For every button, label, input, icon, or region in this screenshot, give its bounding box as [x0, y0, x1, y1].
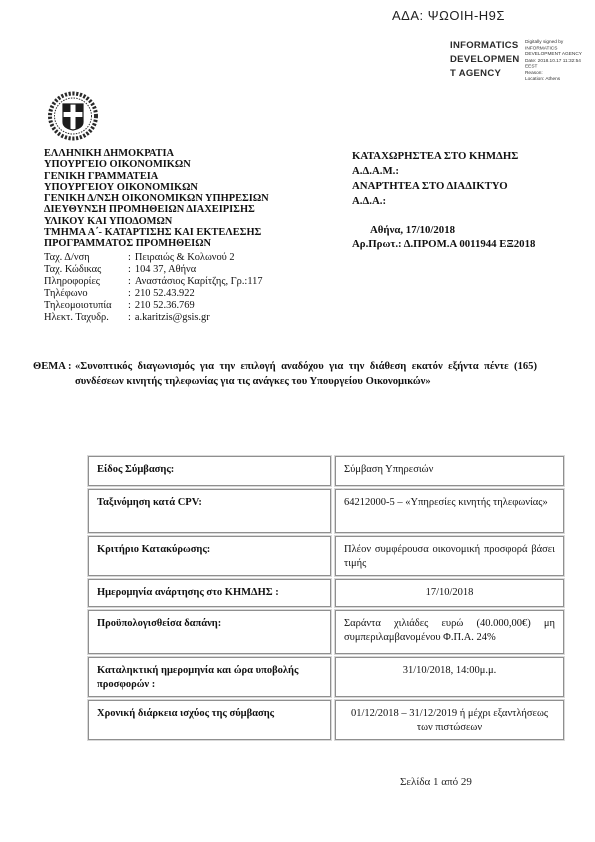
contact-separator: :: [128, 276, 131, 288]
contact-row: Πληροφορίες : Αναστάσιος Καρίτζης, Γρ.:1…: [44, 276, 344, 288]
org-line: ΥΠΟΥΡΓΕΙΟ ΟΙΚΟΝΟΜΙΚΩΝ: [44, 159, 344, 170]
signature-details: Digitally signed by INFORMATICS DEVELOPM…: [525, 39, 580, 82]
document-page: ΑΔΑ: ΨΩΟΙΗ-Η9Σ INFORMATICS DEVELOPMEN T …: [0, 0, 595, 842]
table-row: Χρονική διάρκεια ισχύος της σύμβασης 01/…: [88, 700, 564, 740]
contact-row: Τηλέφωνο : 210 52.43.922: [44, 288, 344, 300]
ada-number: ΑΔΑ: ΨΩΟΙΗ-Η9Σ: [392, 8, 505, 23]
contact-separator: :: [128, 252, 131, 264]
contact-row: Ηλεκτ. Ταχυδρ. : a.karitzis@gsis.gr: [44, 312, 344, 324]
row-label: Χρονική διάρκεια ισχύος της σύμβασης: [88, 700, 331, 740]
contact-row: Ταχ. Δ/νση : Πειραιώς & Κολωνού 2: [44, 252, 344, 264]
row-value: 31/10/2018, 14:00μ.μ.: [335, 657, 564, 697]
table-row: Είδος Σύμβασης: Σύμβαση Υπηρεσιών: [88, 456, 564, 486]
subject-block: ΘΕΜΑ : «Συνοπτικός διαγωνισμός για την ε…: [33, 360, 553, 389]
contact-separator: :: [128, 288, 131, 300]
row-value: Πλέον συμφέρουσα οικονομική προσφορά βάσ…: [335, 536, 564, 576]
row-value: 64212000-5 – «Υπηρεσίες κινητής τηλεφωνί…: [335, 489, 564, 533]
contact-list: Ταχ. Δ/νση : Πειραιώς & Κολωνού 2 Ταχ. Κ…: [44, 252, 344, 325]
org-line: ΓΕΝΙΚΗ Δ/ΝΣΗ ΟΙΚΟΝΟΜΙΚΩΝ ΥΠΗΡΕΣΙΩΝ: [44, 193, 344, 204]
signature-stamp: INFORMATICS DEVELOPMEN T AGENCY Digitall…: [450, 39, 583, 85]
protocol-number: Αρ.Πρωτ.: Δ.ΠΡΟΜ.Α 0011944 ΕΞ2018: [352, 238, 535, 250]
row-label: Ταξινόμηση κατά CPV:: [88, 489, 331, 533]
ada-label: Α.Δ.Α.:: [352, 194, 582, 209]
row-label: Καταληκτική ημερομηνία και ώρα υποβολής …: [88, 657, 331, 697]
contact-label: Τηλεομοιοτυπία: [44, 300, 128, 312]
row-value: Σύμβαση Υπηρεσιών: [335, 456, 564, 486]
diavgeia-label: ΑΝΑΡΤΗΤΕΑ ΣΤΟ ΔΙΑΔΙΚΤΥΟ: [352, 179, 582, 194]
subject-label: ΘΕΜΑ :: [33, 360, 75, 389]
row-label: Κριτήριο Κατακύρωσης:: [88, 536, 331, 576]
row-value: 17/10/2018: [335, 579, 564, 607]
subject-text: «Συνοπτικός διαγωνισμός για την επιλογή …: [75, 360, 537, 389]
table-row: Καταληκτική ημερομηνία και ώρα υποβολής …: [88, 657, 564, 697]
contact-value: 104 37, Αθήνα: [135, 264, 196, 276]
table-row: Προϋπολογισθείσα δαπάνη: Σαράντα χιλιάδε…: [88, 610, 564, 654]
contact-separator: :: [128, 300, 131, 312]
contact-value: a.karitzis@gsis.gr: [135, 312, 210, 324]
contact-row: Τηλεομοιοτυπία : 210 52.36.769: [44, 300, 344, 312]
contact-label: Τηλέφωνο: [44, 288, 128, 300]
contact-separator: :: [128, 264, 131, 276]
contact-value: 210 52.43.922: [135, 288, 195, 300]
table-row: Κριτήριο Κατακύρωσης: Πλέον συμφέρουσα ο…: [88, 536, 564, 576]
org-line: ΕΛΛΗΝΙΚΗ ΔΗΜΟΚΡΑΤΙΑ: [44, 148, 344, 159]
info-table: Είδος Σύμβασης: Σύμβαση Υπηρεσιών Ταξινό…: [88, 456, 564, 740]
contact-label: Ταχ. Κώδικας: [44, 264, 128, 276]
contact-row: Ταχ. Κώδικας : 104 37, Αθήνα: [44, 264, 344, 276]
kimdis-label: ΚΑΤΑΧΩΡΗΣΤΕΑ ΣΤΟ ΚΗΜΔΗΣ: [352, 149, 582, 164]
contact-label: Ταχ. Δ/νση: [44, 252, 128, 264]
registry-block: ΚΑΤΑΧΩΡΗΣΤΕΑ ΣΤΟ ΚΗΜΔΗΣ Α.Δ.Α.Μ.: ΑΝΑΡΤΗ…: [352, 149, 582, 209]
contact-value: 210 52.36.769: [135, 300, 195, 312]
row-value: Σαράντα χιλιάδες ευρώ (40.000,00€) μη συ…: [335, 610, 564, 654]
row-label: Είδος Σύμβασης:: [88, 456, 331, 486]
contact-label: Πληροφορίες: [44, 276, 128, 288]
city-date: Αθήνα, 17/10/2018: [370, 224, 455, 236]
adam-label: Α.Δ.Α.Μ.:: [352, 164, 582, 179]
row-label: Ημερομηνία ανάρτησης στο ΚΗΜΔΗΣ :: [88, 579, 331, 607]
page-footer: Σελίδα 1 από 29: [400, 776, 472, 788]
org-line: ΤΜΗΜΑ Α΄- ΚΑΤΑΡΤΙΣΗΣ ΚΑΙ ΕΚΤΕΛΕΣΗΣ: [44, 227, 344, 238]
org-header: ΕΛΛΗΝΙΚΗ ΔΗΜΟΚΡΑΤΙΑ ΥΠΟΥΡΓΕΙΟ ΟΙΚΟΝΟΜΙΚΩ…: [44, 148, 344, 250]
agency-name-large: INFORMATICS DEVELOPMEN T AGENCY: [450, 39, 520, 85]
contact-label: Ηλεκτ. Ταχυδρ.: [44, 312, 128, 324]
org-line: ΥΛΙΚΟΥ ΚΑΙ ΥΠΟΔΟΜΩΝ: [44, 216, 344, 227]
org-line: ΓΕΝΙΚΗ ΓΡΑΜΜΑΤΕΙΑ: [44, 171, 344, 182]
org-line: ΔΙΕΥΘΥΝΣΗ ΠΡΟΜΗΘΕΙΩΝ ΔΙΑΧΕΙΡΙΣΗΣ: [44, 204, 344, 215]
org-line: ΥΠΟΥΡΓΕΙΟΥ ΟΙΚΟΝΟΜΙΚΩΝ: [44, 182, 344, 193]
row-value: 01/12/2018 – 31/12/2019 ή μέχρι εξαντλήσ…: [335, 700, 564, 740]
table-row: Ημερομηνία ανάρτησης στο ΚΗΜΔΗΣ : 17/10/…: [88, 579, 564, 607]
org-line: ΠΡΟΓΡΑΜΜΑΤΟΣ ΠΡΟΜΗΘΕΙΩΝ: [44, 238, 344, 249]
table-row: Ταξινόμηση κατά CPV: 64212000-5 – «Υπηρε…: [88, 489, 564, 533]
greek-coat-of-arms-icon: [46, 91, 100, 143]
contact-separator: :: [128, 312, 131, 324]
contact-value: Πειραιώς & Κολωνού 2: [135, 252, 235, 264]
contact-value: Αναστάσιος Καρίτζης, Γρ.:117: [135, 276, 263, 288]
row-label: Προϋπολογισθείσα δαπάνη:: [88, 610, 331, 654]
